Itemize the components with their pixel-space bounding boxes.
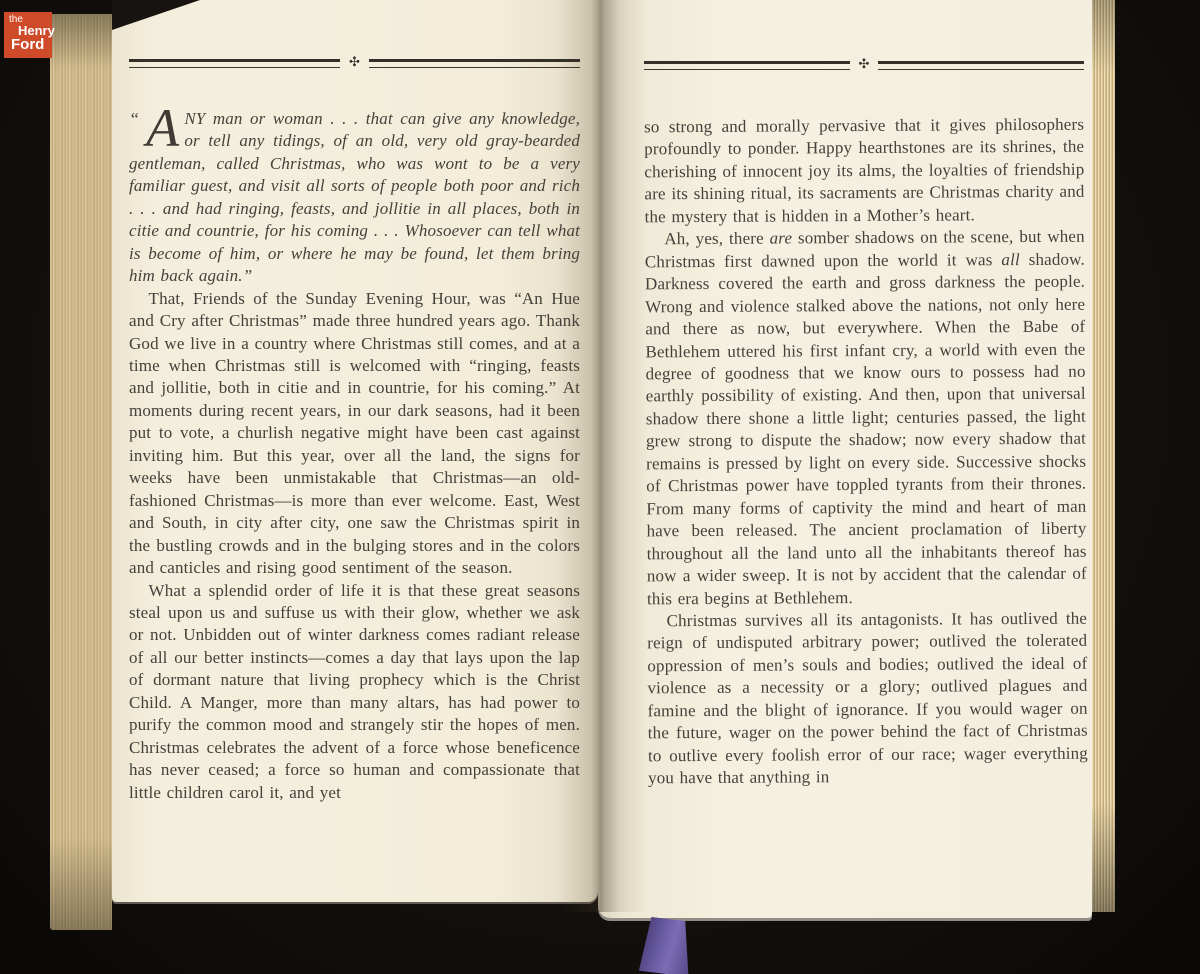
fleuron-ornament-icon: ✣: [859, 58, 870, 71]
double-rule: [878, 61, 1084, 70]
fleuron-ornament-icon: ✣: [349, 56, 360, 69]
paragraph: Christmas survives all its antagonists. …: [647, 608, 1088, 790]
right-page-text: so strong and morally pervasive that it …: [644, 114, 1088, 790]
header-rule-right: ✣: [644, 59, 1084, 72]
logo-text: Ford: [11, 38, 52, 52]
opening-quote-mark: “: [129, 109, 139, 129]
paragraph: That, Friends of the Sunday Evening Hour…: [129, 288, 580, 580]
paragraph: Ah, yes, there are somber shadows on the…: [645, 226, 1087, 610]
header-rule-left: ✣: [129, 57, 580, 70]
page-edges-left: [50, 14, 112, 930]
page-right: ✣ so strong and morally pervasive that i…: [598, 0, 1092, 918]
bookmark-ribbon: [639, 916, 695, 974]
page-left: ✣ “ANY man or woman . . . that can give …: [112, 0, 598, 902]
drop-cap: A: [146, 109, 179, 147]
left-page-text: “ANY man or woman . . . that can give an…: [129, 108, 580, 804]
double-rule: [644, 61, 850, 70]
page-edges-right: [1092, 0, 1115, 912]
henry-ford-logo: the Henry Ford: [4, 12, 52, 58]
paragraph: What a splendid order of life it is that…: [129, 580, 580, 805]
double-rule: [129, 59, 340, 68]
opening-text: NY man or woman . . . that can give any …: [129, 109, 580, 285]
paragraph: so strong and morally pervasive that it …: [644, 114, 1085, 229]
paragraph-opening-quotation: “ANY man or woman . . . that can give an…: [129, 108, 580, 288]
double-rule: [369, 59, 580, 68]
